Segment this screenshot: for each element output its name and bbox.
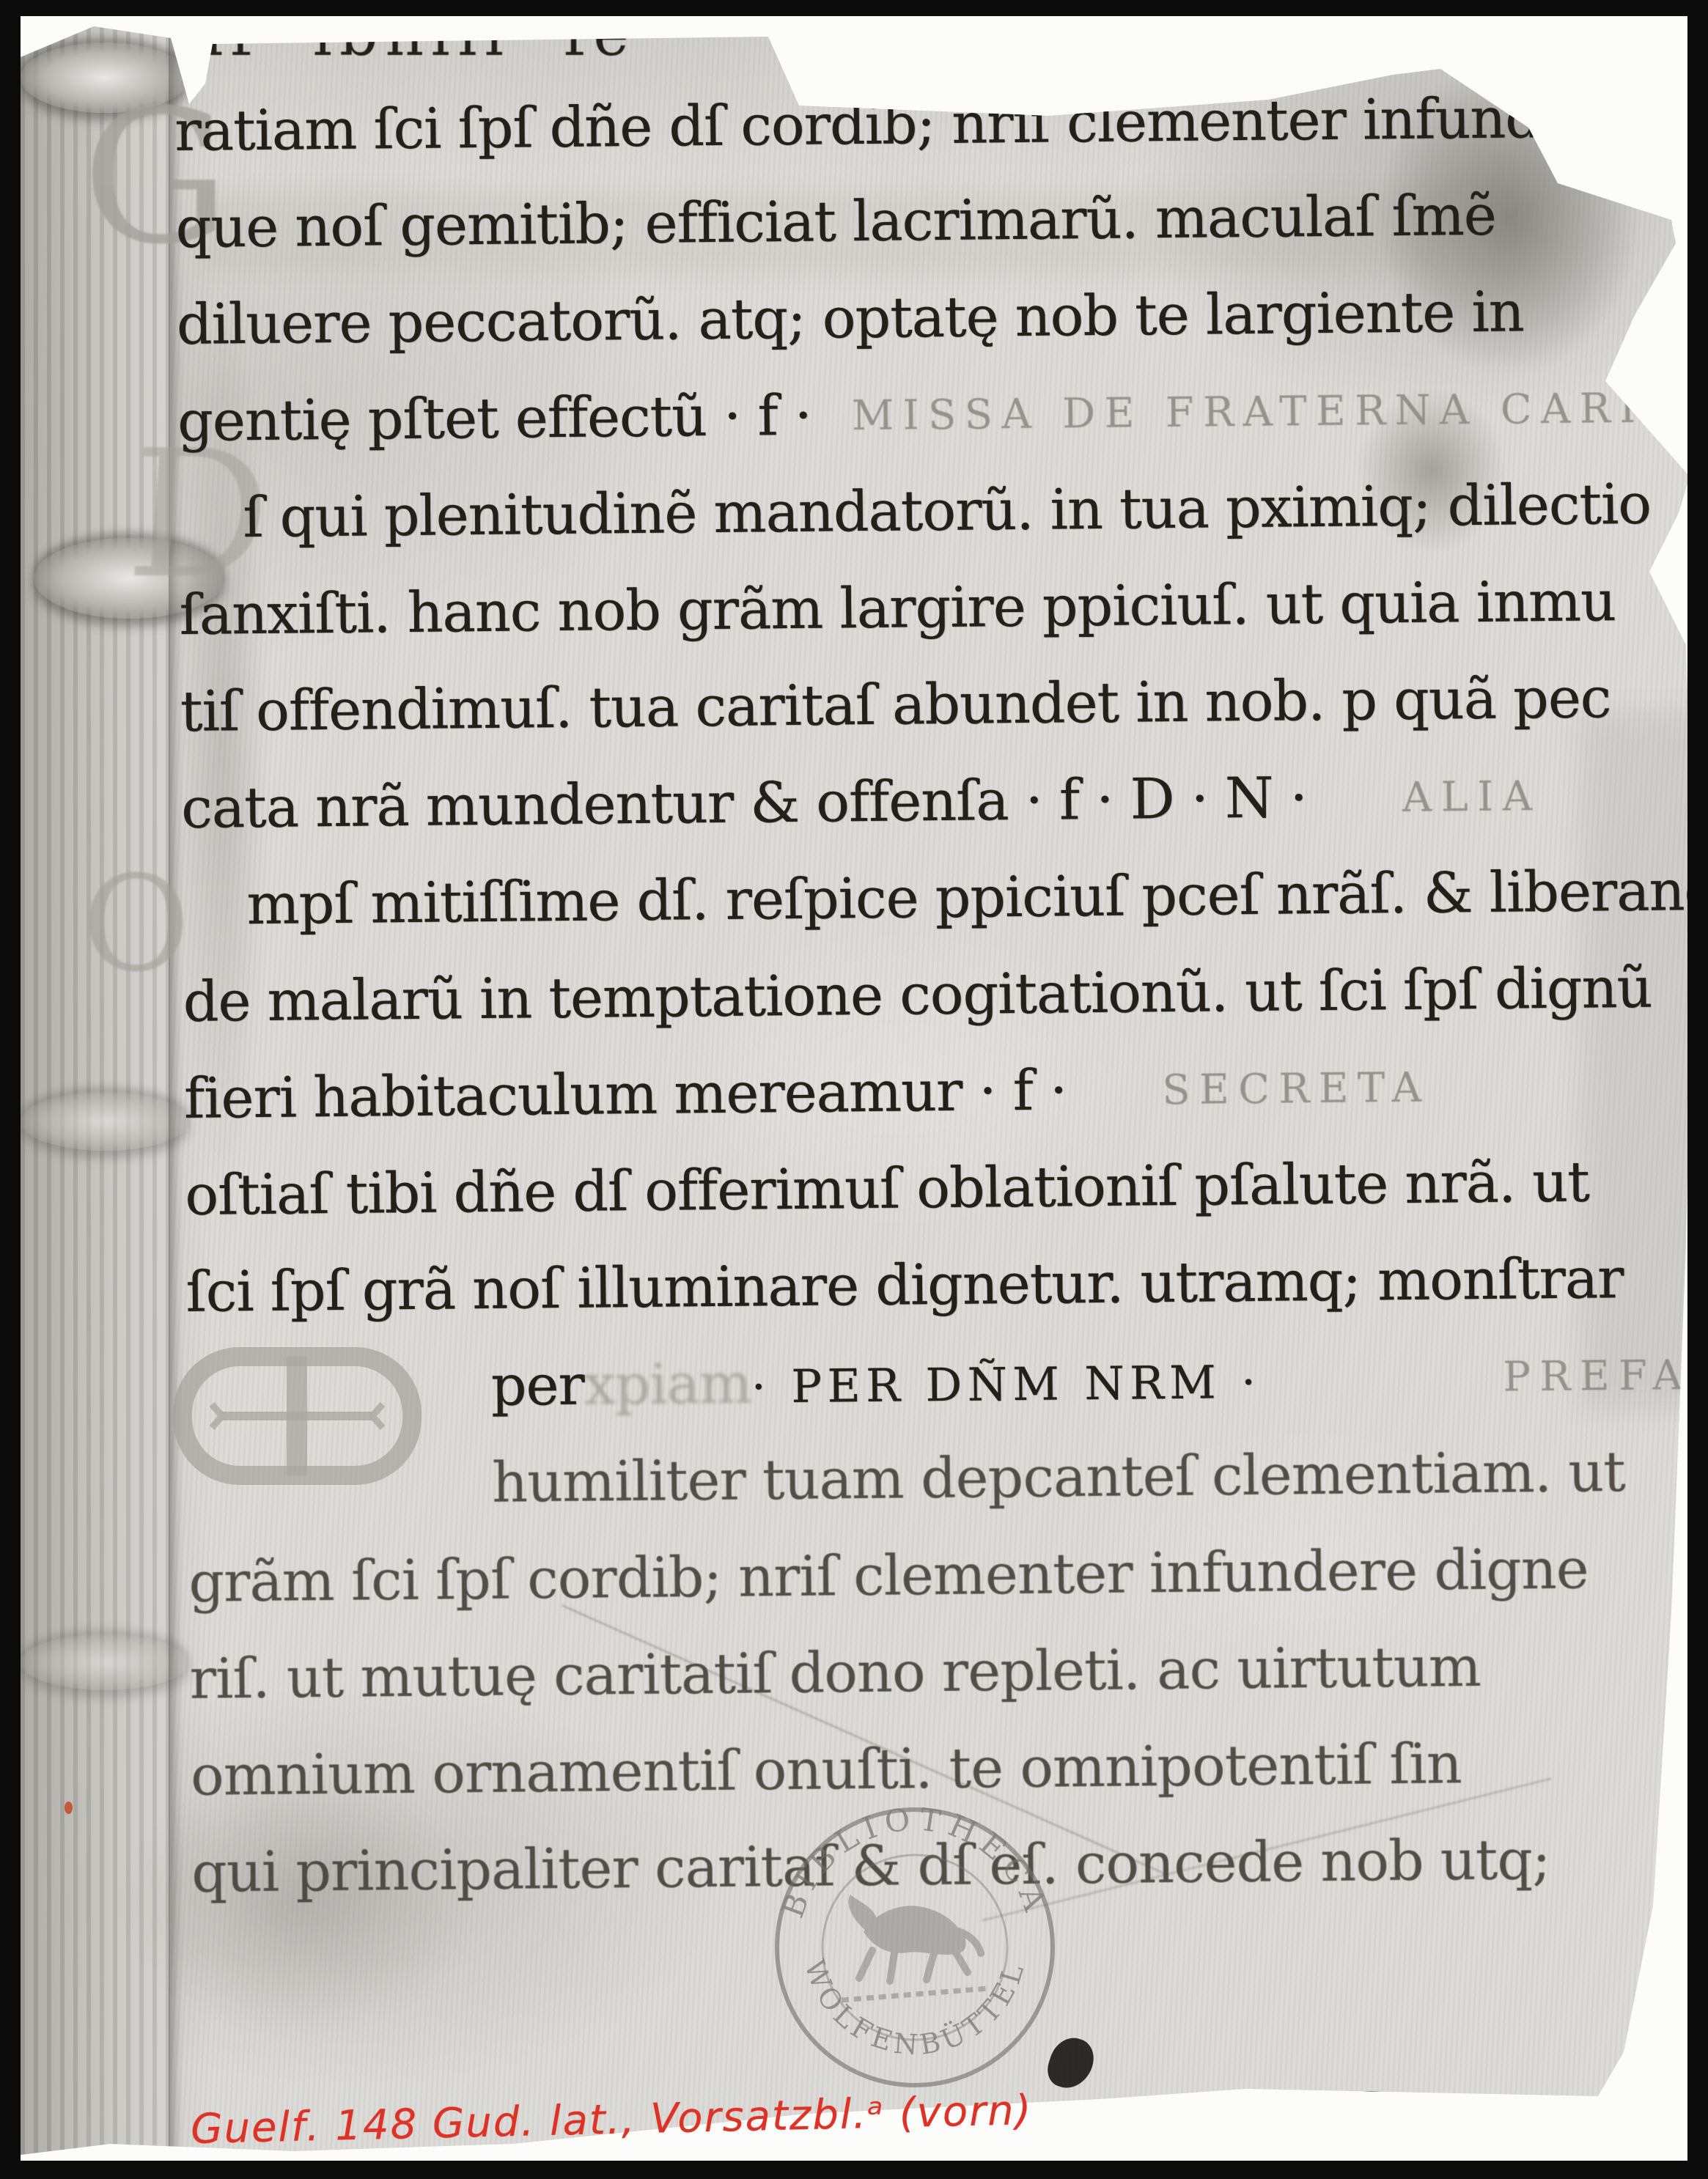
text-rubric: MISSA DE FRATERNA CARIT bbox=[852, 384, 1682, 440]
ink-blot bbox=[1230, 2100, 1303, 2135]
red-speck bbox=[65, 1802, 73, 1814]
manuscript-line: riſ. ut mutuę caritatiſ dono repleti. ac… bbox=[189, 1632, 1687, 1743]
text-ink: ſanxiſti. hanc nob grãm largire ppiciuſ.… bbox=[179, 568, 1616, 647]
manuscript-line: ſci ſpſ grã noſ illuminare dignetur. utr… bbox=[185, 1245, 1687, 1356]
trimmed-line-fragment: ıſ ıbnlıı ſe bbox=[204, 16, 636, 70]
leaping-horse-icon bbox=[848, 1895, 981, 1981]
svg-text:BIBLIOTHECA: BIBLIOTHECA bbox=[774, 1801, 1056, 1922]
manuscript-line: ſ qui plenitudinẽ mandatorũ. in tua pxim… bbox=[178, 471, 1687, 582]
text-ink: diluere peccatorũ. atq; optatę nob te la… bbox=[177, 279, 1525, 357]
text-ink: tiſ offendimuſ. tua caritaſ abundet in n… bbox=[180, 665, 1611, 744]
ink-blot bbox=[1285, 2087, 1405, 2146]
manuscript-line: tiſ offendimuſ. tua caritaſ abundet in n… bbox=[180, 664, 1687, 775]
spine-band bbox=[21, 1092, 189, 1151]
text-rubric: ALIA bbox=[1402, 773, 1542, 822]
text-ink: ſci ſpſ grã noſ illuminare dignetur. utr… bbox=[185, 1245, 1624, 1324]
text-ink: humiliter tuam depcanteſ clementiam. ut bbox=[492, 1439, 1625, 1515]
text-rubric: SECRETA bbox=[1162, 1064, 1431, 1115]
text-block: ratiam ſci ſpſ dñe dſ cordib; nriſ cleme… bbox=[174, 84, 1687, 1936]
text-ink: per bbox=[490, 1352, 584, 1418]
text-ink: de malarũ in temptatione cogitationũ. ut… bbox=[183, 955, 1652, 1034]
text-rubric: PREFATIO bbox=[1503, 1351, 1687, 1401]
text-ink: oſtiaſ tibi dñe dſ offerimuſ oblationiſ … bbox=[185, 1149, 1589, 1228]
manuscript-line: oſtiaſ tibi dñe dſ offerimuſ oblationiſ … bbox=[185, 1148, 1687, 1259]
text-ink: ſ qui plenitudinẽ mandatorũ. in tua pxim… bbox=[243, 471, 1651, 550]
manuscript-line: humiliter tuam depcanteſ clementiam. ut bbox=[188, 1438, 1687, 1549]
manuscript-line: diluere peccatorũ. atq; optatę nob te la… bbox=[177, 277, 1687, 388]
photo-background: ıſ ıbnlıı ſe G D O ratiam ſci ſpſ dñe dſ… bbox=[21, 16, 1687, 2161]
manuscript-line: ratiam ſci ſpſ dñe dſ cordib; nriſ cleme… bbox=[174, 84, 1687, 195]
text-ink: que noſ gemitib; efficiat lacrimarũ. mac… bbox=[175, 182, 1496, 260]
stamp-bottom-text: WOLFENBÜTTEL bbox=[798, 1955, 1031, 2061]
text-caps: · PER DÑM NRM · bbox=[751, 1355, 1262, 1414]
manuscript-line: gentię pſtet effectũ · f ·MISSA DE FRATE… bbox=[177, 374, 1687, 485]
manuscript-line: mpſ mitiſſime dſ. reſpice ppiciuſ pceſ n… bbox=[182, 858, 1687, 969]
manuscript-line: grãm ſci ſpſ cordib; nriſ clementer infu… bbox=[188, 1535, 1687, 1646]
svg-text:WOLFENBÜTTEL: WOLFENBÜTTEL bbox=[798, 1955, 1031, 2061]
manuscript-line: que noſ gemitib; efficiat lacrimarũ. mac… bbox=[175, 180, 1687, 292]
text-ink: gentię pſtet effectũ · f · bbox=[177, 383, 812, 454]
text-ink: mpſ mitiſſime dſ. reſpice ppiciuſ pceſ n… bbox=[246, 858, 1687, 937]
manuscript-page: ıſ ıbnlıı ſe G D O ratiam ſci ſpſ dñe dſ… bbox=[21, 16, 1687, 2161]
text-ghost: xpiam bbox=[584, 1351, 751, 1417]
library-stamp: BIBLIOTHECA WOLFENBÜTTEL bbox=[765, 1797, 1065, 2098]
stamp-top-text: BIBLIOTHECA bbox=[774, 1801, 1056, 1922]
manuscript-line: fieri habitaculum mereamur · f ·SECRETA bbox=[184, 1051, 1687, 1162]
initial-o: O bbox=[82, 859, 191, 991]
text-ink: riſ. ut mutuę caritatiſ dono repleti. ac… bbox=[189, 1634, 1481, 1711]
text-ink: grãm ſci ſpſ cordib; nriſ clementer infu… bbox=[188, 1536, 1589, 1615]
manuscript-line: per xpiam · PER DÑM NRM ·PREFATIO bbox=[186, 1341, 1687, 1453]
manuscript-line: de malarũ in temptatione cogitationũ. ut… bbox=[183, 954, 1687, 1066]
manuscript-line: ſanxiſti. hanc nob grãm largire ppiciuſ.… bbox=[179, 567, 1687, 679]
spine-band bbox=[21, 1634, 189, 1690]
text-ink: ratiam ſci ſpſ dñe dſ cordib; nriſ cleme… bbox=[174, 85, 1540, 163]
photo-frame: ıſ ıbnlıı ſe G D O ratiam ſci ſpſ dñe dſ… bbox=[0, 0, 1708, 2179]
binding-spine bbox=[21, 16, 171, 2161]
text-ink: cata nrã mundentur & offenſa · f · D · N… bbox=[181, 764, 1307, 841]
text-ink: fieri habitaculum mereamur · f · bbox=[184, 1057, 1067, 1131]
manuscript-line: cata nrã mundentur & offenſa · f · D · N… bbox=[181, 761, 1687, 872]
